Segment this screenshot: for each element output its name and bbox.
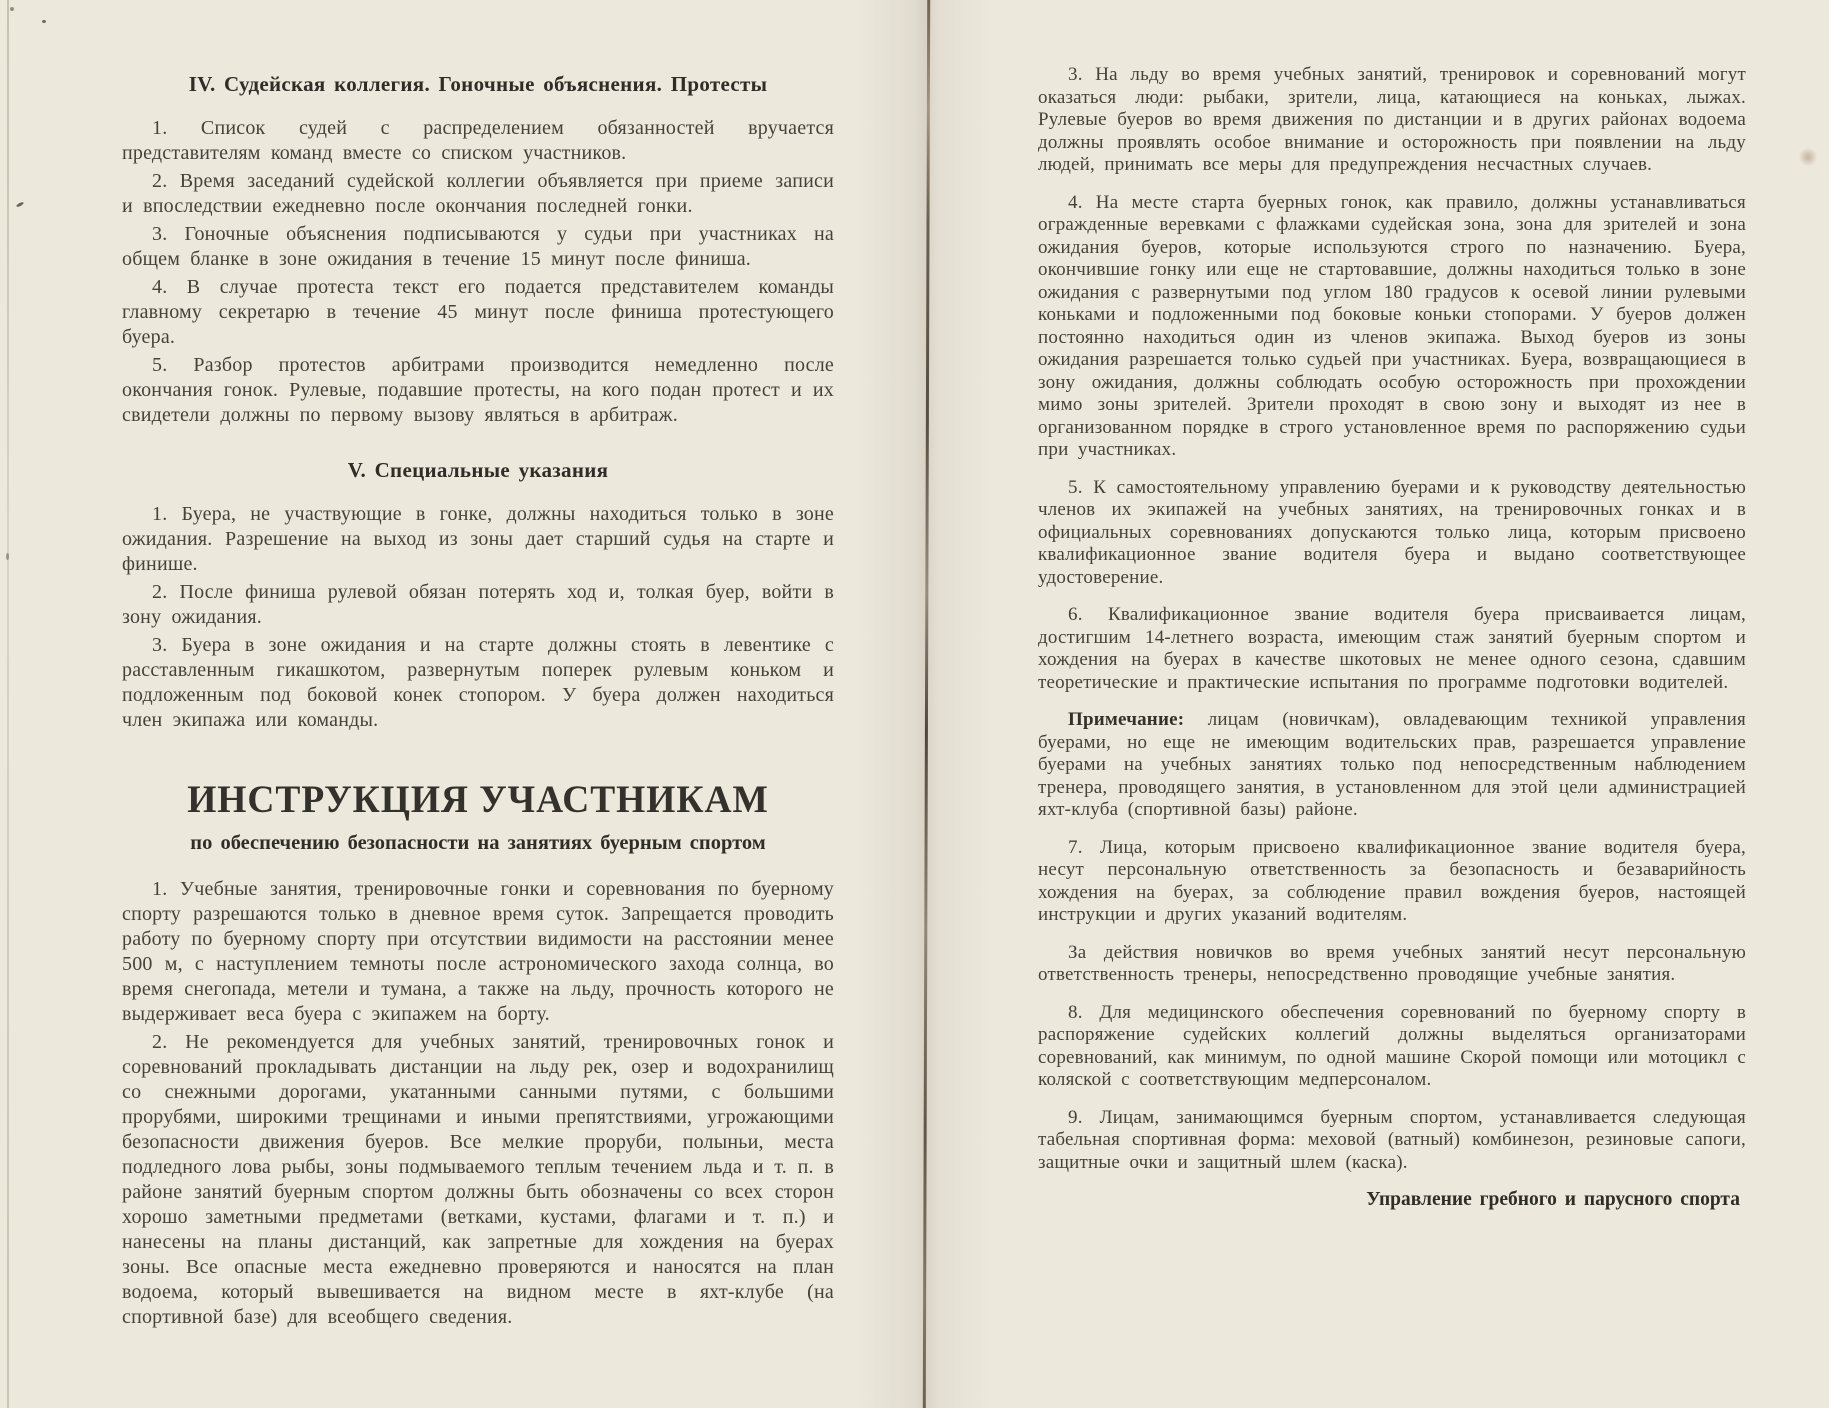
instruction-subtitle: по обеспечению безопасности на занятиях … (122, 831, 834, 855)
page-left: IV. Судейская коллегия. Гоночные объясне… (122, 58, 834, 1333)
section-iv-heading: IV. Судейская коллегия. Гоночные объясне… (122, 72, 834, 96)
section-v-paragraph-2: 2. После финиша рулевой обязан потерять … (122, 580, 834, 630)
instruction-title: ИНСТРУКЦИЯ УЧАСТНИКАМ (136, 779, 820, 821)
section-v-heading: V. Специальные указания (122, 458, 834, 482)
page-right: 3. На льду во время учебных занятий, тре… (1038, 64, 1746, 1231)
instruction-paragraph-9: 9. Лицам, занимающимся буерным спортом, … (1038, 1107, 1746, 1175)
book-spread: IV. Судейская коллегия. Гоночные объясне… (0, 0, 1829, 1408)
section-iv-paragraph-4: 4. В случае протеста текст его подается … (122, 275, 834, 350)
instruction-paragraph-5: 5. К самостоятельному управлению буерами… (1038, 477, 1746, 590)
center-fold-crease (923, 0, 930, 1408)
instruction-paragraph-7: 7. Лица, которым присвоено квалификацион… (1038, 837, 1746, 927)
instruction-paragraph-8: 8. Для медицинского обеспечения соревнов… (1038, 1002, 1746, 1092)
note-paragraph: Примечание: лицам (новичкам), овладевающ… (1038, 709, 1746, 822)
instruction-paragraph-1: 1. Учебные занятия, тренировочные гонки … (122, 877, 834, 1027)
section-iv-paragraph-5: 5. Разбор протестов арбитрами производит… (122, 353, 834, 428)
signature-line: Управление гребного и парусного спорта (1038, 1189, 1746, 1211)
section-iv-paragraph-1: 1. Список судей с распределением обязанн… (122, 116, 834, 166)
instruction-paragraph-6: 6. Квалификационное звание водителя буер… (1038, 604, 1746, 694)
dust-speck (42, 20, 46, 23)
section-iv-paragraph-2: 2. Время заседаний судейской коллегии об… (122, 169, 834, 219)
instruction-paragraph-3: 3. На льду во время учебных занятий, тре… (1038, 64, 1746, 177)
dust-speck (6, 553, 9, 560)
instruction-paragraph-4: 4. На месте старта буерных гонок, как пр… (1038, 192, 1746, 462)
paper-stain (1798, 148, 1818, 166)
dust-speck (10, 7, 14, 11)
instruction-paragraph-2: 2. Не рекомендуется для учебных занятий,… (122, 1030, 834, 1330)
section-v-paragraph-3: 3. Буера в зоне ожидания и на старте дол… (122, 633, 834, 733)
instruction-paragraph-7b: За действия новичков во время учебных за… (1038, 942, 1746, 987)
section-v-paragraph-1: 1. Буера, не участвующие в гонке, должны… (122, 502, 834, 577)
note-label: Примечание: (1068, 709, 1184, 730)
section-iv-paragraph-3: 3. Гоночные объяснения подписываются у с… (122, 222, 834, 272)
dust-speck (16, 201, 24, 207)
left-page-edge (7, 0, 9, 1408)
